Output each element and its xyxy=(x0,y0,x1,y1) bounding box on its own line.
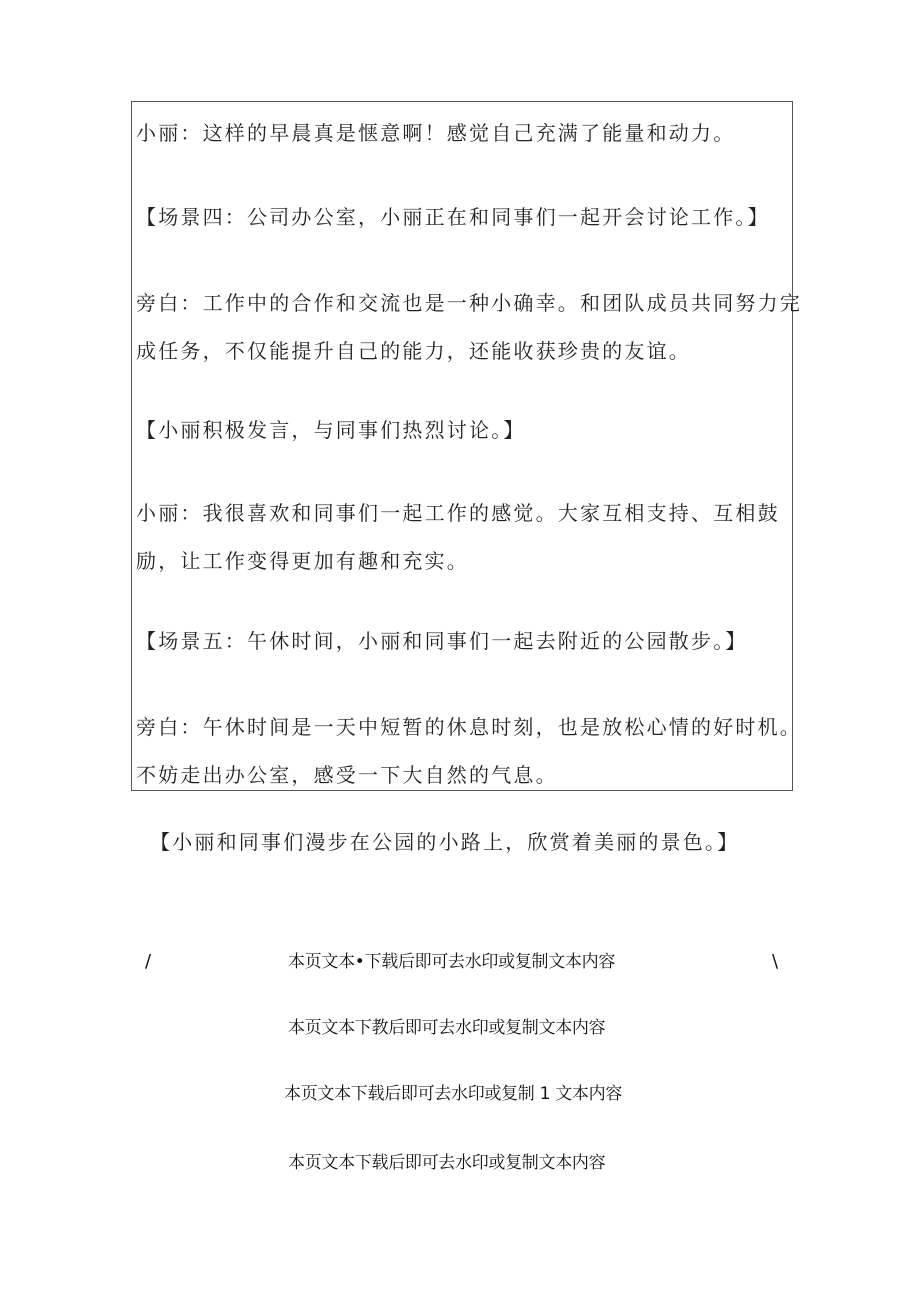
watermark-line: 本页文本下载后即可去水印或复制文本内容 xyxy=(288,1151,605,1175)
stage-direction-discussion: 【小丽积极发言，与同事们热烈讨论。】 xyxy=(136,406,786,454)
narration-lunch-break: 旁白：午休时间是一天中短暂的休息时刻，也是放松心情的好时机。 不妨走出办公室，感… xyxy=(136,703,786,799)
dialogue-xiaoli-morning: 小丽：这样的早晨真是惬意啊！感觉自己充满了能量和动力。 xyxy=(136,109,786,157)
narration-teamwork: 旁白：工作中的合作和交流也是一种小确幸。和团队成员共同努力完 成任务，不仅能提升… xyxy=(136,279,786,375)
paragraph-line: 不妨走出办公室，感受一下大自然的气息。 xyxy=(136,751,786,799)
watermark-line: 本页文本下载后即可去水印或复制 1 文本内容 xyxy=(284,1082,622,1106)
paragraph-line: 旁白：午休时间是一天中短暂的休息时刻，也是放松心情的好时机。 xyxy=(136,703,786,751)
watermark-line: 本页文本•下载后即可去水印或复制文本内容 xyxy=(288,950,615,974)
scene-four-heading: 【场景四：公司办公室，小丽正在和同事们一起开会讨论工作。】 xyxy=(136,193,786,241)
dialogue-xiaoli-work: 小丽：我很喜欢和同事们一起工作的感觉。大家互相支持、互相鼓 励，让工作变得更加有… xyxy=(136,489,786,585)
scene-five-heading: 【场景五：午休时间，小丽和同事们一起去附近的公园散步。】 xyxy=(136,617,786,665)
paragraph-line: 小丽：这样的早晨真是惬意啊！感觉自己充满了能量和动力。 xyxy=(136,109,786,157)
paragraph-line: 【场景五：午休时间，小丽和同事们一起去附近的公园散步。】 xyxy=(136,617,786,665)
paragraph-line: 成任务，不仅能提升自己的能力，还能收获珍贵的友谊。 xyxy=(136,327,786,375)
paragraph-line: 【场景四：公司办公室，小丽正在和同事们一起开会讨论工作。】 xyxy=(136,193,786,241)
paragraph-line: 旁白：工作中的合作和交流也是一种小确幸。和团队成员共同努力完 xyxy=(136,279,786,327)
stage-direction-park-walk: 【小丽和同事们漫步在公园的小路上，欣赏着美丽的景色。】 xyxy=(150,818,739,866)
paragraph-line: 励，让工作变得更加有趣和充实。 xyxy=(136,537,786,585)
paragraph-line: 【小丽积极发言，与同事们热烈讨论。】 xyxy=(136,406,786,454)
watermark-right-mark: \ xyxy=(772,950,778,974)
paragraph-line: 小丽：我很喜欢和同事们一起工作的感觉。大家互相支持、互相鼓 xyxy=(136,489,786,537)
watermark-left-mark: / xyxy=(145,950,151,974)
watermark-line: 本页文本下教后即可去水印或复制文本内容 xyxy=(288,1016,605,1040)
